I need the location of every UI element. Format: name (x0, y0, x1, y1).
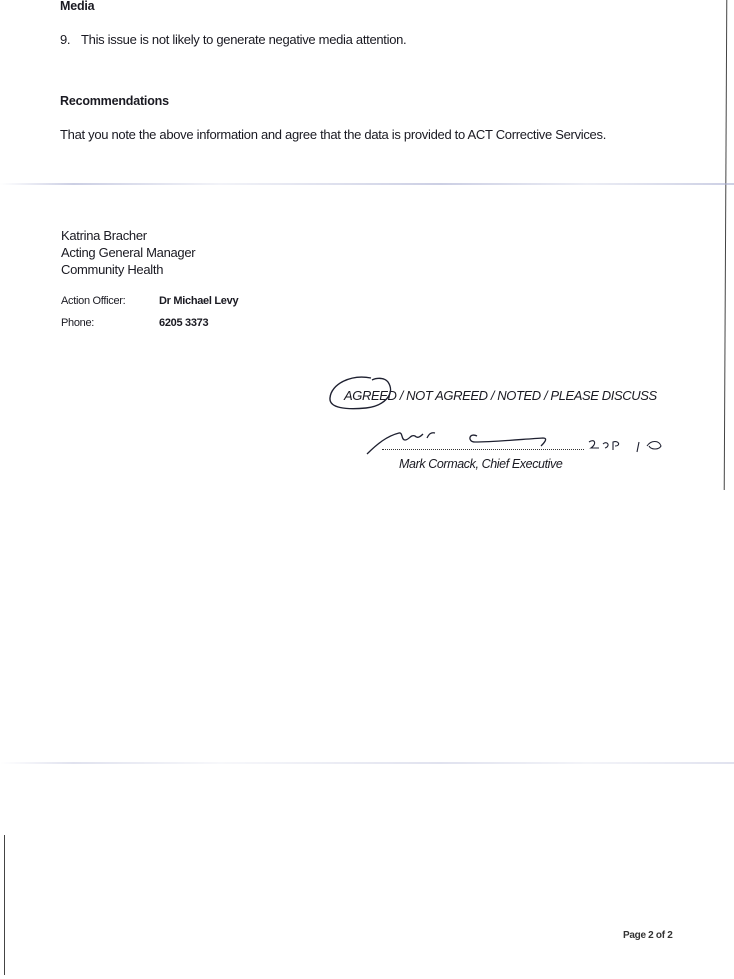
fold-line-upper (0, 183, 734, 185)
recommendations-heading: Recommendations (60, 94, 169, 108)
signatory-division: Community Health (61, 261, 195, 278)
page-number: Page 2 of 2 (623, 930, 673, 941)
signatory-name: Katrina Bracher (61, 227, 195, 244)
signatory-title: Acting General Manager (61, 244, 195, 261)
action-officer-label: Action Officer: (61, 295, 125, 307)
scan-edge-left (4, 835, 5, 975)
phone-value: 6205 3373 (159, 317, 208, 329)
handwritten-signature (365, 424, 565, 460)
phone-label: Phone: (61, 317, 94, 329)
signature-dotted-line (382, 449, 584, 450)
fold-line-lower (0, 762, 734, 764)
action-officer-value: Dr Michael Levy (159, 295, 238, 307)
item-9-number: 9. (60, 32, 70, 47)
handwritten-date (585, 436, 675, 458)
agreed-circle-mark (326, 374, 406, 414)
signer-caption: Mark Cormack, Chief Executive (399, 457, 562, 471)
signatory-block: Katrina Bracher Acting General Manager C… (61, 227, 195, 278)
item-9-text: This issue is not likely to generate neg… (81, 32, 406, 47)
recommendations-text: That you note the above information and … (60, 127, 606, 142)
scan-edge-right (724, 0, 728, 490)
media-heading: Media (60, 0, 94, 13)
